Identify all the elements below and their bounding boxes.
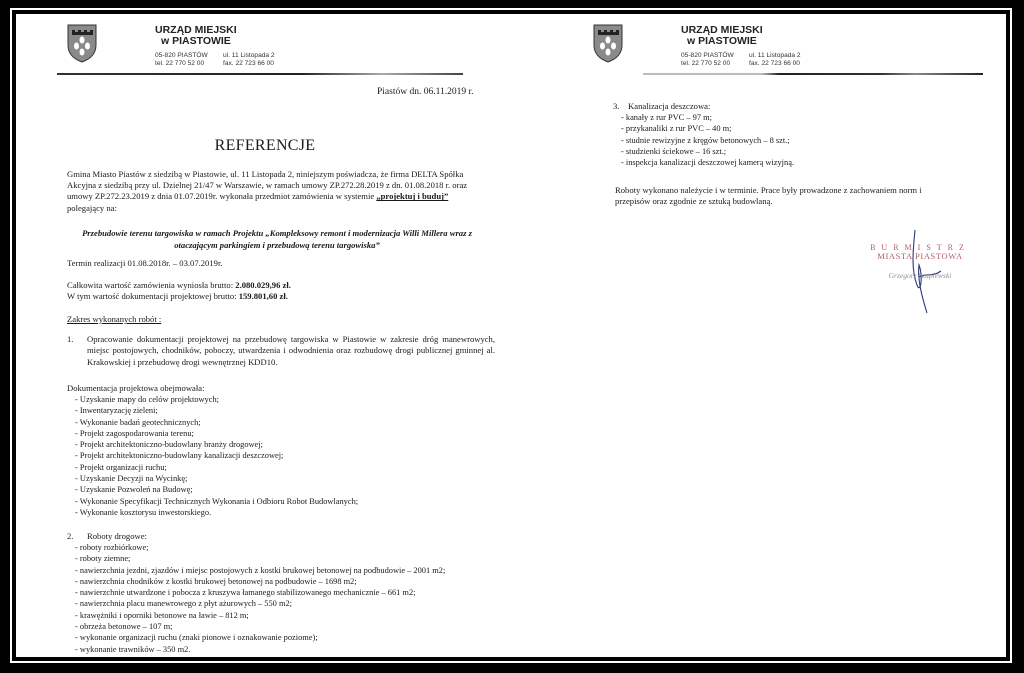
scope-item-1: 1. Opracowanie dokumentacji projektowej … <box>67 334 495 368</box>
item-number: 2. <box>67 531 73 542</box>
fax-number: fax. 22 723 66 00 <box>749 60 801 68</box>
documentation-item: Wykonanie Specyfikacji Technicznych Wyko… <box>75 496 358 507</box>
scope-item-2: 2. Roboty drogowe: <box>67 531 495 542</box>
letterhead-contact: 05-820 PIASTÓW ul. 11 Listopada 2 tel. 2… <box>155 52 275 67</box>
drainage-item: inspekcja kanalizacji deszczowej kamerą … <box>621 157 794 168</box>
stamp-name: Grzegorz Szuplewski <box>845 271 995 280</box>
postal-address: 05-820 PIASTÓW <box>155 52 215 60</box>
documentation-item: Wykonanie badań geotechnicznych; <box>75 417 358 428</box>
drainage-item: studnie rewizyjne z kręgów betonowych – … <box>621 135 794 146</box>
town-crest-shield-icon <box>593 23 623 63</box>
phone-number: tel. 22 770 52 00 <box>155 60 215 68</box>
documentation-item: Projekt architektoniczno-budowlany branż… <box>75 439 358 450</box>
total-value: 2.080.029,96 zł. <box>235 280 291 290</box>
item-number: 1. <box>67 334 73 345</box>
item-title: Kanalizacja deszczowa: <box>628 101 710 111</box>
letterhead-contact: 05-820 PIASTÓW ul. 11 Listopada 2 tel. 2… <box>681 52 801 67</box>
town-crest-shield-icon <box>67 23 97 63</box>
document-frame: URZĄD MIEJSKI w PIASTOWIE 05-820 PIASTÓW… <box>10 8 1012 663</box>
documentation-item: Inwentaryzację zieleni; <box>75 405 358 416</box>
intro-text-end: polegający na: <box>67 203 117 213</box>
contract-values: Całkowita wartość zamówienia wyniosła br… <box>67 280 487 302</box>
documentation-item: Projekt architektoniczno-budowlany kanal… <box>75 450 358 461</box>
item-title: Roboty drogowe: <box>87 531 495 542</box>
road-work-item: obrzeża betonowe – 107 m; <box>75 621 495 632</box>
road-work-item: wykonanie trawników – 350 m2. <box>75 644 495 655</box>
road-work-item: nawierzchnia chodników z kostki brukowej… <box>75 576 495 587</box>
documentation-item: Projekt organizacji ruchu; <box>75 462 358 473</box>
road-work-item: nawierzchnie utwardzone i pobocza z krus… <box>75 587 495 598</box>
doc-value: 159.801,60 zł. <box>239 291 288 301</box>
documentation-item: Uzyskanie Pozwoleń na Budowę; <box>75 484 358 495</box>
postal-address: 05-820 PIASTÓW <box>681 52 741 60</box>
documentation-item: Uzyskanie Decyzji na Wycinkę; <box>75 473 358 484</box>
street-address: ul. 11 Listopada 2 <box>223 52 275 60</box>
drainage-item: przykanaliki z rur PVC – 40 m; <box>621 123 794 134</box>
phone-number: tel. 22 770 52 00 <box>681 60 741 68</box>
intro-paragraph: Gmina Miasto Piastów z siedzibą w Piasto… <box>67 169 487 214</box>
documentation-item: Wykonanie kosztorysu inwestorskiego. <box>75 507 358 518</box>
letterhead-subtitle: w PIASTOWIE <box>161 36 275 47</box>
road-work-item: roboty rozbiórkowe; <box>75 542 495 553</box>
document-title: REFERENCJE <box>17 137 513 155</box>
page-1: URZĄD MIEJSKI w PIASTOWIE 05-820 PIASTÓW… <box>17 15 513 656</box>
document-date: Piastów dn. 06.11.2019 r. <box>377 87 474 97</box>
document-sheet: URZĄD MIEJSKI w PIASTOWIE 05-820 PIASTÓW… <box>16 14 1006 657</box>
stamp-office: MIASTA PIASTOWA <box>845 252 995 261</box>
scope-heading: Zakres wykonanych robót : <box>67 314 487 325</box>
item-number: 3. <box>613 101 619 111</box>
scope-item-3: 3. Kanalizacja deszczowa: <box>613 101 710 112</box>
road-work-item: krawężniki i oporniki betonowe na ławie … <box>75 610 495 621</box>
realization-term: Termin realizacji 01.08.2018r. – 03.07.2… <box>67 258 487 269</box>
project-subject: Przebudowie terenu targowiska w ramach P… <box>67 227 487 251</box>
road-work-item: nawierzchnia placu manewrowego z płyt aż… <box>75 598 495 609</box>
letterhead-subtitle: w PIASTOWIE <box>687 36 801 47</box>
documentation-item: Projekt zagospodarowania terenu; <box>75 428 358 439</box>
intro-emphasis: „projektuj i buduj” <box>376 191 448 201</box>
letterhead-divider <box>57 73 463 75</box>
documentation-item: Uzyskanie mapy do celów projektowych; <box>75 394 358 405</box>
item-text: Opracowanie dokumentacji projektowej na … <box>87 334 495 368</box>
total-value-label: Całkowita wartość zamówienia wyniosła br… <box>67 280 235 290</box>
road-work-item: wykonanie organizacji ruchu (znaki piono… <box>75 632 495 643</box>
street-address: ul. 11 Listopada 2 <box>749 52 801 60</box>
page-2: URZĄD MIEJSKI w PIASTOWIE 05-820 PIASTÓW… <box>513 15 1005 656</box>
documentation-list: Uzyskanie mapy do celów projektowych;Inw… <box>75 394 358 518</box>
doc-value-label: W tym wartość dokumentacji projektowej b… <box>67 291 239 301</box>
road-work-item: nawierzchnia jezdni, zjazdów i miejsc po… <box>75 565 495 576</box>
road-work-item: roboty ziemne; <box>75 553 495 564</box>
closing-statement: Roboty wykonano należycie i w terminie. … <box>615 185 955 207</box>
road-works-list: roboty rozbiórkowe;roboty ziemne;nawierz… <box>75 542 495 655</box>
mayor-stamp: BURMISTRZ MIASTA PIASTOWA Grzegorz Szupl… <box>845 243 995 280</box>
letterhead-divider <box>643 73 983 75</box>
fax-number: fax. 22 723 66 00 <box>223 60 275 68</box>
drainage-item: kanały z rur PVC – 97 m; <box>621 112 794 123</box>
drainage-item: studzienki ściekowe – 16 szt.; <box>621 146 794 157</box>
drainage-list: kanały z rur PVC – 97 m;przykanaliki z r… <box>621 112 794 168</box>
documentation-heading: Dokumentacja projektowa obejmowała: <box>67 383 204 393</box>
